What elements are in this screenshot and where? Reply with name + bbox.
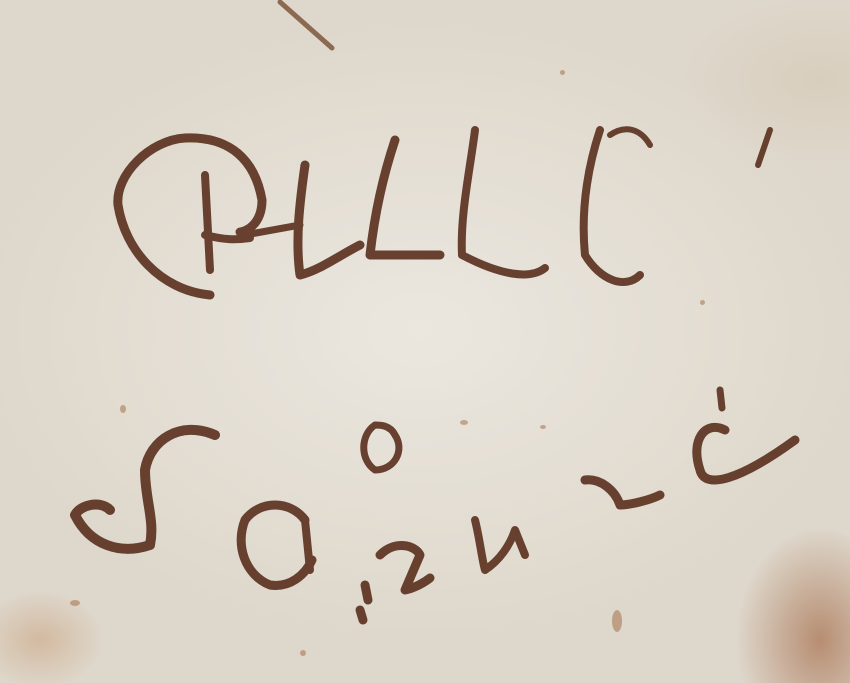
ceramic-surface-photo: Pull Sazuré	[0, 0, 850, 683]
handwriting-strokes	[0, 0, 850, 683]
